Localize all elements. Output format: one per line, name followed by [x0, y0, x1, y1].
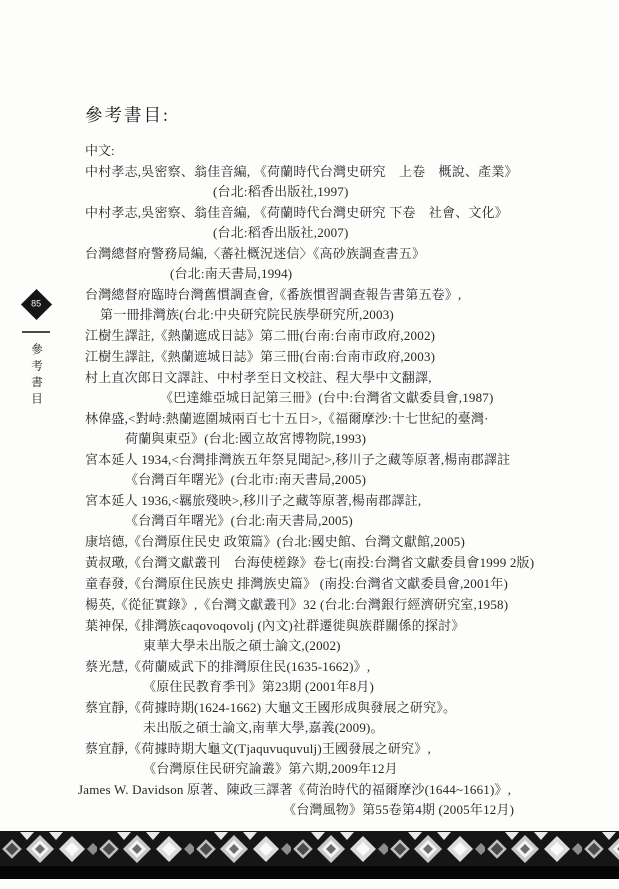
- bibliography-entry: 宮本延人 1936,<羈旅殘映>,移川子之藏等原著,楊南郡譯註,《台灣百年曙光》…: [85, 491, 565, 531]
- bibliography-entry: 康培德,《台灣原住民史 政策篇》(台北:國史館、台灣文獻館,2005): [85, 532, 565, 552]
- entry-line: 台灣總督府臨時台灣舊慣調查會,《番族慣習調查報告書第五卷》,: [85, 285, 565, 305]
- page-title: 參考書目:: [85, 102, 565, 127]
- entry-line: 台灣總督府警務局編,〈蕃社概況迷信〉《高砂族調查書五》: [85, 244, 565, 264]
- entry-line: 《台灣百年曙光》(台北:南天書局,2005): [125, 511, 565, 531]
- sidebar-chapter-label: 參考書目: [28, 343, 44, 409]
- bibliography-entry: 村上直次郎日文譯註、中村孝至日文校註、程大學中文翻譯,《巴達維亞城日記第三冊》(…: [85, 368, 565, 408]
- bibliography-page: 參考書目: 中文: 中村孝志,吳密察、翁佳音編, 《荷蘭時代台灣史研究 上卷 概…: [85, 102, 565, 821]
- bibliography-entry: 台灣總督府警務局編,〈蕃社概況迷信〉《高砂族調查書五》(台北:南天書局,1994…: [85, 244, 565, 284]
- entry-line: 《台灣風物》第55卷第4期 (2005年12月): [283, 800, 565, 820]
- bibliography-entry: 童春發,《台灣原住民族史 排灣族史篇》 (南投:台灣省文獻委員會,2001年): [85, 574, 565, 594]
- bibliography-entry: 葉神保,《排灣族caqovoqovolj (內文)社群遷徙與族群關係的探討》東華…: [85, 616, 565, 656]
- entry-line: 未出版之碩士論文,南華大學,嘉義(2009)。: [143, 718, 565, 738]
- entry-line: James W. Davidson 原著、陳政三譯著《荷治時代的福爾摩沙(164…: [78, 780, 565, 800]
- entry-line: (台北:稻香出版社,2007): [213, 223, 565, 243]
- bibliography-list: 中村孝志,吳密察、翁佳音編, 《荷蘭時代台灣史研究 上卷 概說、產業》(台北:稻…: [85, 162, 565, 820]
- entry-line: 東華大學未出版之碩士論文,(2002): [143, 636, 565, 656]
- bibliography-entry: 蔡光慧,《荷蘭威武下的排灣原住民(1635-1662)》,《原住民教育季刊》第2…: [85, 657, 565, 697]
- entry-line: 童春發,《台灣原住民族史 排灣族史篇》 (南投:台灣省文獻委員會,2001年): [85, 574, 565, 594]
- entry-line: 林偉盛,<對峙:熱蘭遮圍城兩百七十五日>,《福爾摩沙:十七世紀的臺灣·: [85, 409, 565, 429]
- page-number: 85: [31, 300, 41, 309]
- entry-line: 第一冊排灣族(台北:中央研究院民族學研究所,2003): [100, 305, 565, 325]
- entry-line: 葉神保,《排灣族caqovoqovolj (內文)社群遷徙與族群關係的探討》: [85, 616, 565, 636]
- entry-line: 蔡光慧,《荷蘭威武下的排灣原住民(1635-1662)》,: [85, 657, 565, 677]
- decorative-border-bar: [0, 866, 619, 879]
- bibliography-entry: 江樹生譯註,《熱蘭遮成日誌》第二冊(台南:台南市政府,2002): [85, 326, 565, 346]
- entry-line: 《台灣原住民研究論叢》第六期,2009年12月: [143, 759, 565, 779]
- bibliography-entry: James W. Davidson 原著、陳政三譯著《荷治時代的福爾摩沙(164…: [85, 780, 565, 820]
- page-number-diamond-icon: 85: [23, 291, 50, 318]
- sidebar-divider: [22, 331, 50, 333]
- entry-line: 荷蘭與東亞》(台北:國立故宮博物院,1993): [125, 429, 565, 449]
- entry-line: 蔡宜靜,《荷據時期(1624-1662) 大龜文王國形成與發展之研究》。: [85, 698, 565, 718]
- entry-line: 楊英,《從征實錄》,《台灣文獻叢刊》32 (台北:台灣銀行經濟研究室,1958): [85, 595, 565, 615]
- section-label-chinese: 中文:: [85, 140, 565, 159]
- entry-line: 宮本延人 1936,<羈旅殘映>,移川子之藏等原著,楊南郡譯註,: [85, 491, 565, 511]
- bibliography-entry: 宮本延人 1934,<台灣排灣族五年祭見聞記>,移川子之藏等原著,楊南郡譯註《台…: [85, 450, 565, 490]
- entry-line: 《台灣百年曙光》(台北市:南天書局,2005): [125, 470, 565, 490]
- bibliography-entry: 黃叔璥,《台灣文獻叢刊 台海使槎錄》卷七(南投:台灣省文獻委員會1999 2版): [85, 553, 565, 573]
- entry-line: 《巴達維亞城日記第三冊》(台中:台灣省文獻委員會,1987): [160, 388, 565, 408]
- entry-line: 中村孝志,吳密察、翁佳音編, 《荷蘭時代台灣史研究 上卷 概說、產業》: [85, 162, 565, 182]
- entry-line: (台北:稻香出版社,1997): [213, 182, 565, 202]
- entry-line: 村上直次郎日文譯註、中村孝至日文校註、程大學中文翻譯,: [85, 368, 565, 388]
- bibliography-entry: 中村孝志,吳密察、翁佳音編, 《荷蘭時代台灣史研究 上卷 概說、產業》(台北:稻…: [85, 162, 565, 202]
- decorative-border-pattern: [0, 831, 619, 866]
- entry-line: 黃叔璥,《台灣文獻叢刊 台海使槎錄》卷七(南投:台灣省文獻委員會1999 2版): [85, 553, 565, 573]
- sidebar-tab: 85 參考書目: [18, 295, 54, 409]
- bibliography-entry: 台灣總督府臨時台灣舊慣調查會,《番族慣習調查報告書第五卷》,第一冊排灣族(台北:…: [85, 285, 565, 325]
- entry-line: 中村孝志,吳密察、翁佳音編, 《荷蘭時代台灣史研究 下卷 社會、文化》: [85, 203, 565, 223]
- bibliography-entry: 江樹生譯註,《熱蘭遮城日誌》第三冊(台南:台南市政府,2003): [85, 347, 565, 367]
- bibliography-entry: 蔡宜靜,《荷據時期大龜文(Tjaquvuquvulj)王國發展之研究》,《台灣原…: [85, 739, 565, 779]
- entry-line: 江樹生譯註,《熱蘭遮成日誌》第二冊(台南:台南市政府,2002): [85, 326, 565, 346]
- bibliography-entry: 楊英,《從征實錄》,《台灣文獻叢刊》32 (台北:台灣銀行經濟研究室,1958): [85, 595, 565, 615]
- bibliography-entry: 蔡宜靜,《荷據時期(1624-1662) 大龜文王國形成與發展之研究》。未出版之…: [85, 698, 565, 738]
- entry-line: (台北:南天書局,1994): [170, 264, 565, 284]
- entry-line: 《原住民教育季刊》第23期 (2001年8月): [143, 677, 565, 697]
- bibliography-entry: 中村孝志,吳密察、翁佳音編, 《荷蘭時代台灣史研究 下卷 社會、文化》(台北:稻…: [85, 203, 565, 243]
- entry-line: 蔡宜靜,《荷據時期大龜文(Tjaquvuquvulj)王國發展之研究》,: [85, 739, 565, 759]
- entry-line: 江樹生譯註,《熱蘭遮城日誌》第三冊(台南:台南市政府,2003): [85, 347, 565, 367]
- bibliography-entry: 林偉盛,<對峙:熱蘭遮圍城兩百七十五日>,《福爾摩沙:十七世紀的臺灣·荷蘭與東亞…: [85, 409, 565, 449]
- entry-line: 康培德,《台灣原住民史 政策篇》(台北:國史館、台灣文獻館,2005): [85, 532, 565, 552]
- entry-line: 宮本延人 1934,<台灣排灣族五年祭見聞記>,移川子之藏等原著,楊南郡譯註: [85, 450, 565, 470]
